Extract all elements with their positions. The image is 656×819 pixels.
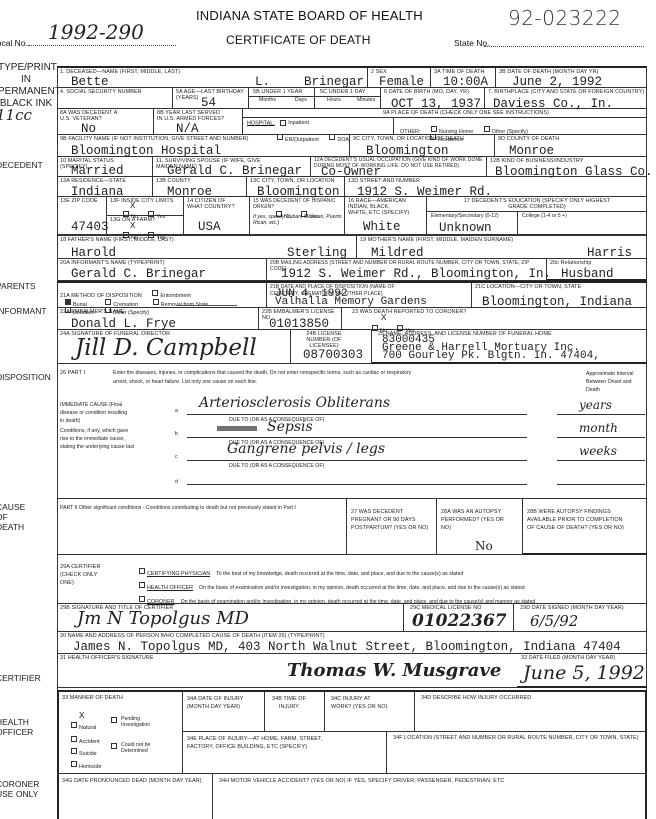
certifier-signature: Jm N Topolgus MD [77,608,249,629]
field-5a-age[interactable]: 5a AGE—Last Birthday (Years) 54 [173,88,249,109]
side-cause: CAUSE OF DEATH [0,502,36,532]
side-disposition: DISPOSITION [0,372,56,382]
field-34d-how-injury[interactable]: 34d DESCRIBE HOW INJURY OCCURRED [415,692,645,732]
field-34a-date-of-injury[interactable]: 34a DATE OF INJURY (Month Day Year) [183,692,265,732]
coroner-x-mark: X [381,313,386,323]
inside-city-x-mark: X [130,201,135,211]
field-13b-county[interactable]: 13b COUNTY Monroe [153,177,247,197]
side-informant: INFORMANT [0,306,56,316]
field-4-ssn[interactable]: 4. SOCIAL SECURITY NUMBER [57,88,173,109]
field-29d-date-signed[interactable]: 29d DATE SIGNED (Month Day Year) 6/5/92 [514,604,647,632]
interval-line-a[interactable]: years [557,398,645,415]
state-no-field[interactable] [484,38,644,47]
field-20c-relationship[interactable]: 20c Relationship Husband [547,259,647,281]
local-no-value: 1992-290 [48,20,144,44]
field-10-marital[interactable]: 10 MARITAL STATUS (Specify) Married [57,157,153,177]
field-21b-date-place[interactable]: 21b DATE AND PLACE OF DISPOSITION (Name … [267,283,472,308]
field-6-date-of-birth[interactable]: 6 DATE OF BIRTH (Mo, Day, Yr) OCT 13, 19… [381,88,485,109]
field-2-sex[interactable]: 2 SEX Female [368,68,431,88]
field-29b-certifier-signature[interactable]: 29b SIGNATURE AND TITLE OF CERTIFIER Jm … [57,604,404,632]
farm-x-mark: X [130,221,135,231]
field-20a-informant[interactable]: 20a INFORMANT'S NAME (Type/Print) Gerald… [57,259,267,281]
field-21a-method[interactable]: 21a METHOD OF DISPOSITION Entombment Bur… [57,283,267,308]
field-34e-place-of-injury[interactable]: 34e PLACE OF INJURY—At home, farm, stree… [183,732,387,774]
field-21c-location[interactable]: 21c LOCATION—City or Town, State Bloomin… [472,283,647,308]
struck-text [217,426,257,431]
accident-checkbox[interactable] [71,736,77,742]
field-34c-injury-at-work[interactable]: 34c INJURY AT WORK? (Yes or no) [325,692,415,732]
field-9d-county-of-death[interactable]: 9d COUNTY OF DEATH Monroe [495,135,647,157]
pending-checkbox[interactable] [111,717,117,723]
cause-line-a[interactable]: Arteriosclerosis Obliterans [187,398,527,415]
field-29a-certifier: 29a CERTIFIER (Check only one) CERTIFYIN… [57,557,647,604]
interval-line-d[interactable] [557,468,645,485]
side-decedent: DECEDENT [0,160,56,170]
cause-line-d[interactable] [187,468,527,485]
name-last: Brinegar [304,75,364,89]
field-13a-state[interactable]: 13a RESIDENCE—STATE Indiana [57,177,153,197]
certifying-physician-checkbox[interactable] [139,568,145,574]
other-place-checkbox[interactable] [484,126,490,132]
coroner-checkbox[interactable] [139,596,145,602]
cause-line-c[interactable]: Gangrene pelvis / legs [187,444,527,461]
field-12b-business[interactable]: 12b KIND OF BUSINESS/INDUSTRY Bloomingto… [487,157,647,177]
field-24b-license[interactable]: 24b LICENSE NUMBER (of Licensee) 0870030… [291,330,372,364]
field-11-spouse[interactable]: 11. SURVIVING SPOUSE (If wife, give maid… [153,157,311,177]
cause-line-b[interactable]: Sepsis [187,421,527,438]
state-no-stamp: 92-023222 [508,6,622,30]
field-34b-time-of-injury[interactable]: 34b TIME OF INJURY [265,692,325,732]
health-officer-signature: Thomas W. Musgrave [287,660,501,681]
ink-notice: TYPE/PRINT IN PERMANENT BLACK INK [0,62,54,110]
field-26-part-2[interactable]: PART II Other significant conditions - C… [57,499,347,555]
side-coroner: CORONER USE ONLY [0,779,56,799]
field-5b-under-1-year[interactable]: 5b UNDER 1 YEAR Months Days [249,88,315,109]
field-18-father[interactable]: 18 FATHER'S NAME (First, Middle, Last) H… [57,235,357,259]
field-25-funeral-home[interactable]: 25 NAME, ADDRESS, AND LICENSE NUMBER OF … [372,330,647,364]
field-22a-embalmer[interactable]: 22a EMBALMER'S NAME Donald L. Frye [57,308,259,330]
field-22b-embalmer-license[interactable]: 22b EMBALMER'S LICENSE NO 01013850 [259,308,342,330]
natural-x-mark: X [79,711,84,721]
field-33-manner[interactable]: 33 MANNER OF DEATH Natural X Accident Su… [59,692,183,774]
field-20b-mailing-address[interactable]: 20b MAILING ADDRESS (Street and Number o… [267,259,547,281]
header: INDIANA STATE BOARD OF HEALTH CERTIFICAT… [0,0,656,60]
field-7-birthplace[interactable]: 7. BIRTHPLACE (City and State or Foreign… [485,88,647,109]
inpatient-checkbox[interactable] [280,120,286,126]
field-28a-autopsy[interactable]: 28a WAS AN AUTOPSY PERFORMED? (Yes or no… [437,499,523,555]
field-29c-medical-license[interactable]: 29c MEDICAL LICENSE NO 01022367 [404,604,514,632]
field-5c-under-1-day[interactable]: 5c UNDER 1 DAY Hours Minutes [315,88,381,109]
field-26-part-1: 26 PART I Enter the diseases, injuries, … [57,366,647,499]
name-middle: L. [255,75,270,89]
field-32-date-filed[interactable]: 32 DATE FILED (Month Day Year) June 5, 1… [517,654,647,688]
field-13d-street[interactable]: 13d STREET AND NUMBER 1912 S. Weimer Rd. [345,177,647,197]
agency-title: INDIANA STATE BOARD OF HEALTH [196,8,423,23]
field-12a-occupation[interactable]: 12a DECEDENT'S USUAL OCCUPATION (Give ki… [311,157,487,177]
side-health-officer: HEALTH OFFICER [0,717,36,737]
name-first: Bette [71,75,109,89]
field-13e-zip[interactable]: 13e ZIP CODE 47403 [57,197,107,235]
initials: 11cc [0,110,56,120]
field-19-mother[interactable]: 19 MOTHER'S NAME (First, Middle, Maiden … [357,235,647,259]
side-certifier: CERTIFIER [0,673,56,683]
field-9b-facility[interactable]: 9b FACILITY NAME (If not institution, gi… [57,135,350,157]
field-30-completer[interactable]: 30 NAME AND ADDRESS OF PERSON WHO COMPLE… [57,632,647,654]
field-8b-armed-forces[interactable]: 8b YEAR LAST SERVED IN U.S. ARMED FORCES… [154,109,243,135]
document-title: CERTIFICATE OF DEATH [226,33,371,47]
side-parents: PARENTS [0,281,56,291]
field-3a-time[interactable]: 3a TIME OF DEATH 10:00A [431,68,496,88]
field-13c-city[interactable]: 13c CITY, TOWN, OR LOCATION Bloomington [247,177,345,197]
local-no-field[interactable]: 1992-290 [28,30,176,46]
health-officer-checkbox[interactable] [139,582,145,588]
field-9a-place-of-death[interactable]: 9a PLACE OF DEATH (Check only one See in… [243,109,647,135]
field-9c-city-of-death[interactable]: 9c CITY, TOWN, OR LOCATION OF DEATH Bloo… [350,135,495,157]
field-27-pregnant[interactable]: 27 WAS DECEDENT PREGNANT OR 90 DAYS POST… [347,499,437,555]
local-no-label: Local No. [0,38,28,48]
hospital-label: HOSPITAL: [247,120,275,126]
field-13f-inside-city[interactable]: 13f INSIDE CITY LIMITS No Yes X [107,197,184,216]
field-15-hispanic[interactable]: 15 WAS DECEDENT OF HISPANIC ORIGIN? No Y… [250,197,345,235]
field-3b-date-of-death[interactable]: 3b DATE OF DEATH (Month Day Yr) June 2, … [496,68,647,88]
interval-line-c[interactable]: weeks [557,444,645,461]
field-34h-motor-vehicle[interactable]: 34h MOTOR VEHICLE ACCIDENT? (Yes or no) … [213,774,645,819]
field-34g-date-pronounced[interactable]: 34g DATE PRONOUNCED DEAD (Month Day Year… [59,774,213,819]
natural-checkbox[interactable] [71,722,77,728]
funeral-director-signature: Jill D. Campbell [75,335,257,361]
field-23-coroner-reported[interactable]: 23 WAS DEATH REPORTED TO CORONER? No Yes… [342,308,647,330]
field-34f-injury-location[interactable]: 34f LOCATION (Street and Number or Rural… [387,732,645,774]
homicide-checkbox[interactable] [71,761,77,767]
field-14-citizen[interactable]: 14 CITIZEN OF WHAT COUNTRY? USA [184,197,250,235]
field-24a-funeral-director-signature[interactable]: 24a SIGNATURE OF FUNERAL DIRECTOR Jill D… [57,330,291,364]
field-13g-farm[interactable]: 13g ON A FARM? No Yes X [107,216,184,235]
field-31-health-officer-signature[interactable]: 31 HEALTH OFFICER'S SIGNATURE Thomas W. … [57,654,517,688]
interval-line-b[interactable]: month [557,421,645,438]
field-1-name[interactable]: 1. DECEASED—NAME (First, Middle, Last) B… [57,68,368,88]
field-16-race[interactable]: 16 RACE—American Indian, Black, White, e… [345,197,427,235]
field-28b-autopsy-findings[interactable]: 28b WERE AUTOPSY FINDINGS AVAILABLE PRIO… [523,499,647,555]
field-8a-veteran[interactable]: 8a WAS DECEDENT A U.S. VETERAN? No [57,109,154,135]
suicide-checkbox[interactable] [71,748,77,754]
field-17-education[interactable]: 17 DECEDENT'S EDUCATION (Specify only hi… [427,197,647,235]
undetermined-checkbox[interactable] [111,743,117,749]
